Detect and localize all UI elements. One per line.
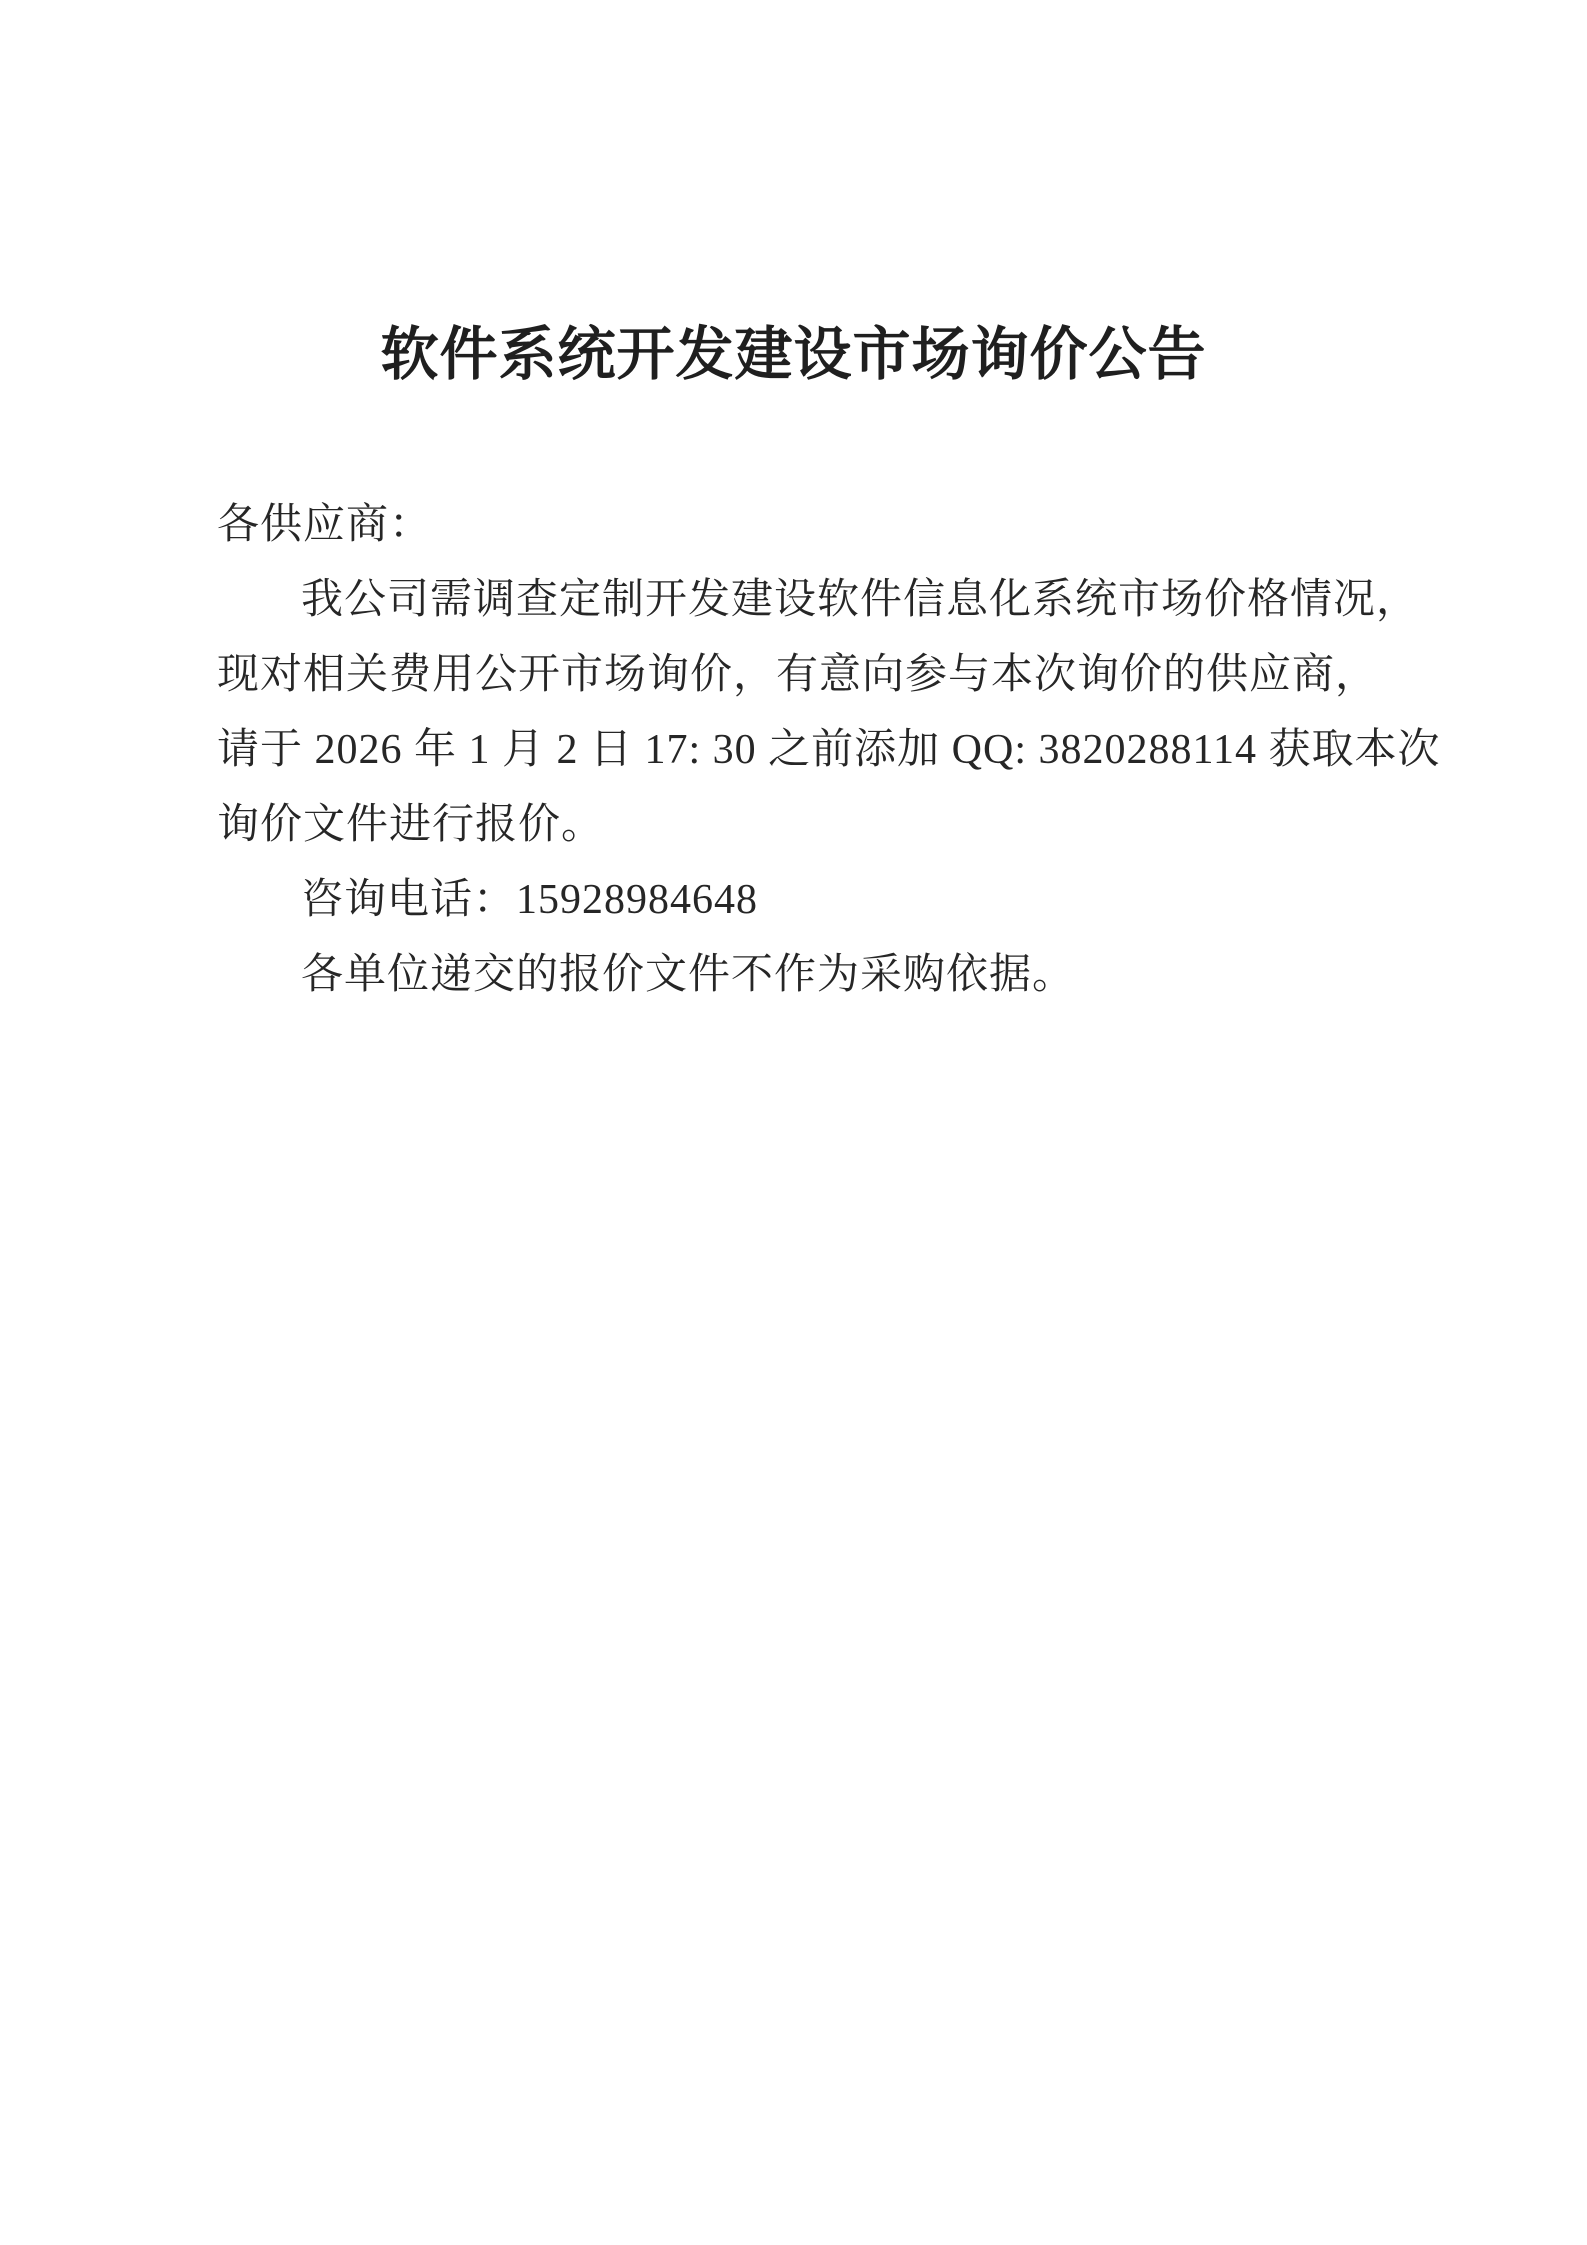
salutation-line: 各供应商： — [217, 488, 1427, 563]
paragraph-line-4: 询价文件进行报价。 — [217, 788, 1427, 863]
contact-phone-line: 咨询电话：15928984648 — [217, 863, 1427, 938]
paragraph-line-3: 请于 2026 年 1 月 2 日 17: 30 之前添加 QQ: 382028… — [217, 713, 1427, 788]
paragraph-line-1: 我公司需调查定制开发建设软件信息化系统市场价格情况， — [217, 563, 1427, 638]
paragraph-line-2: 现对相关费用公开市场询价，有意向参与本次询价的供应商， — [217, 638, 1427, 713]
disclaimer-line: 各单位递交的报价文件不作为采购依据。 — [217, 938, 1427, 1013]
document-body: 各供应商： 我公司需调查定制开发建设软件信息化系统市场价格情况， 现对相关费用公… — [217, 488, 1427, 1013]
document-title: 软件系统开发建设市场询价公告 — [0, 0, 1587, 388]
document-page: 软件系统开发建设市场询价公告 各供应商： 我公司需调查定制开发建设软件信息化系统… — [0, 0, 1587, 2245]
